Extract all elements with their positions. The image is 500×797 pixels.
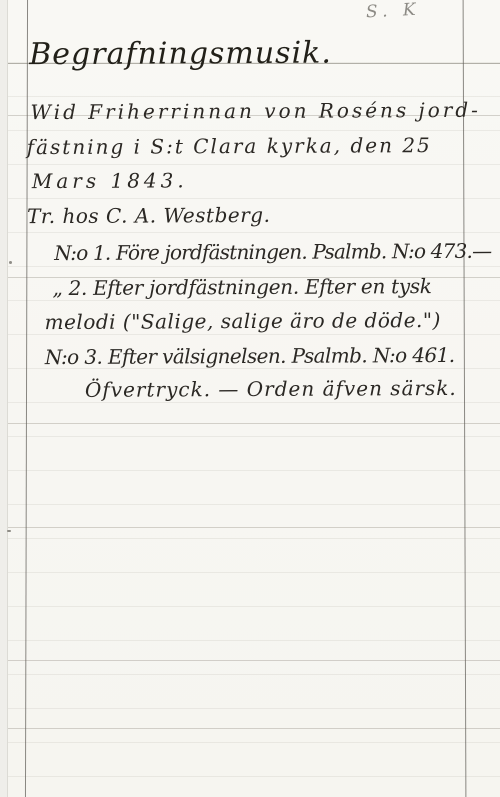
scanned-manuscript-page: S. K Begrafningsmusik. Wid Friherrinnan … <box>0 0 500 797</box>
manuscript-line: „ 2. Efter jordfästningen. Efter en tysk <box>52 274 431 300</box>
handwritten-text-block: Begrafningsmusik. Wid Friherrinnan von R… <box>0 0 500 797</box>
manuscript-line: Wid Friherrinnan von Roséns jord- <box>30 98 481 124</box>
page-title: Begrafningsmusik. <box>29 36 332 74</box>
ink-speck <box>9 261 12 264</box>
manuscript-line: N:o 1. Före jordfästningen. Psalmb. N:o … <box>54 239 491 265</box>
manuscript-line: Mars 1843. <box>32 168 188 193</box>
manuscript-line: melodi ("Salige, salige äro de döde.") <box>45 308 441 334</box>
manuscript-line: Öfvertryck. — Orden äfven särsk. <box>85 376 457 402</box>
manuscript-line: fästning i S:t Clara kyrka, den 25 <box>27 133 432 159</box>
manuscript-line: N:o 3. Efter välsignelsen. Psalmb. N:o 4… <box>45 343 455 369</box>
ink-speck <box>7 530 11 532</box>
manuscript-line: Tr. hos C. A. Westberg. <box>27 203 270 228</box>
